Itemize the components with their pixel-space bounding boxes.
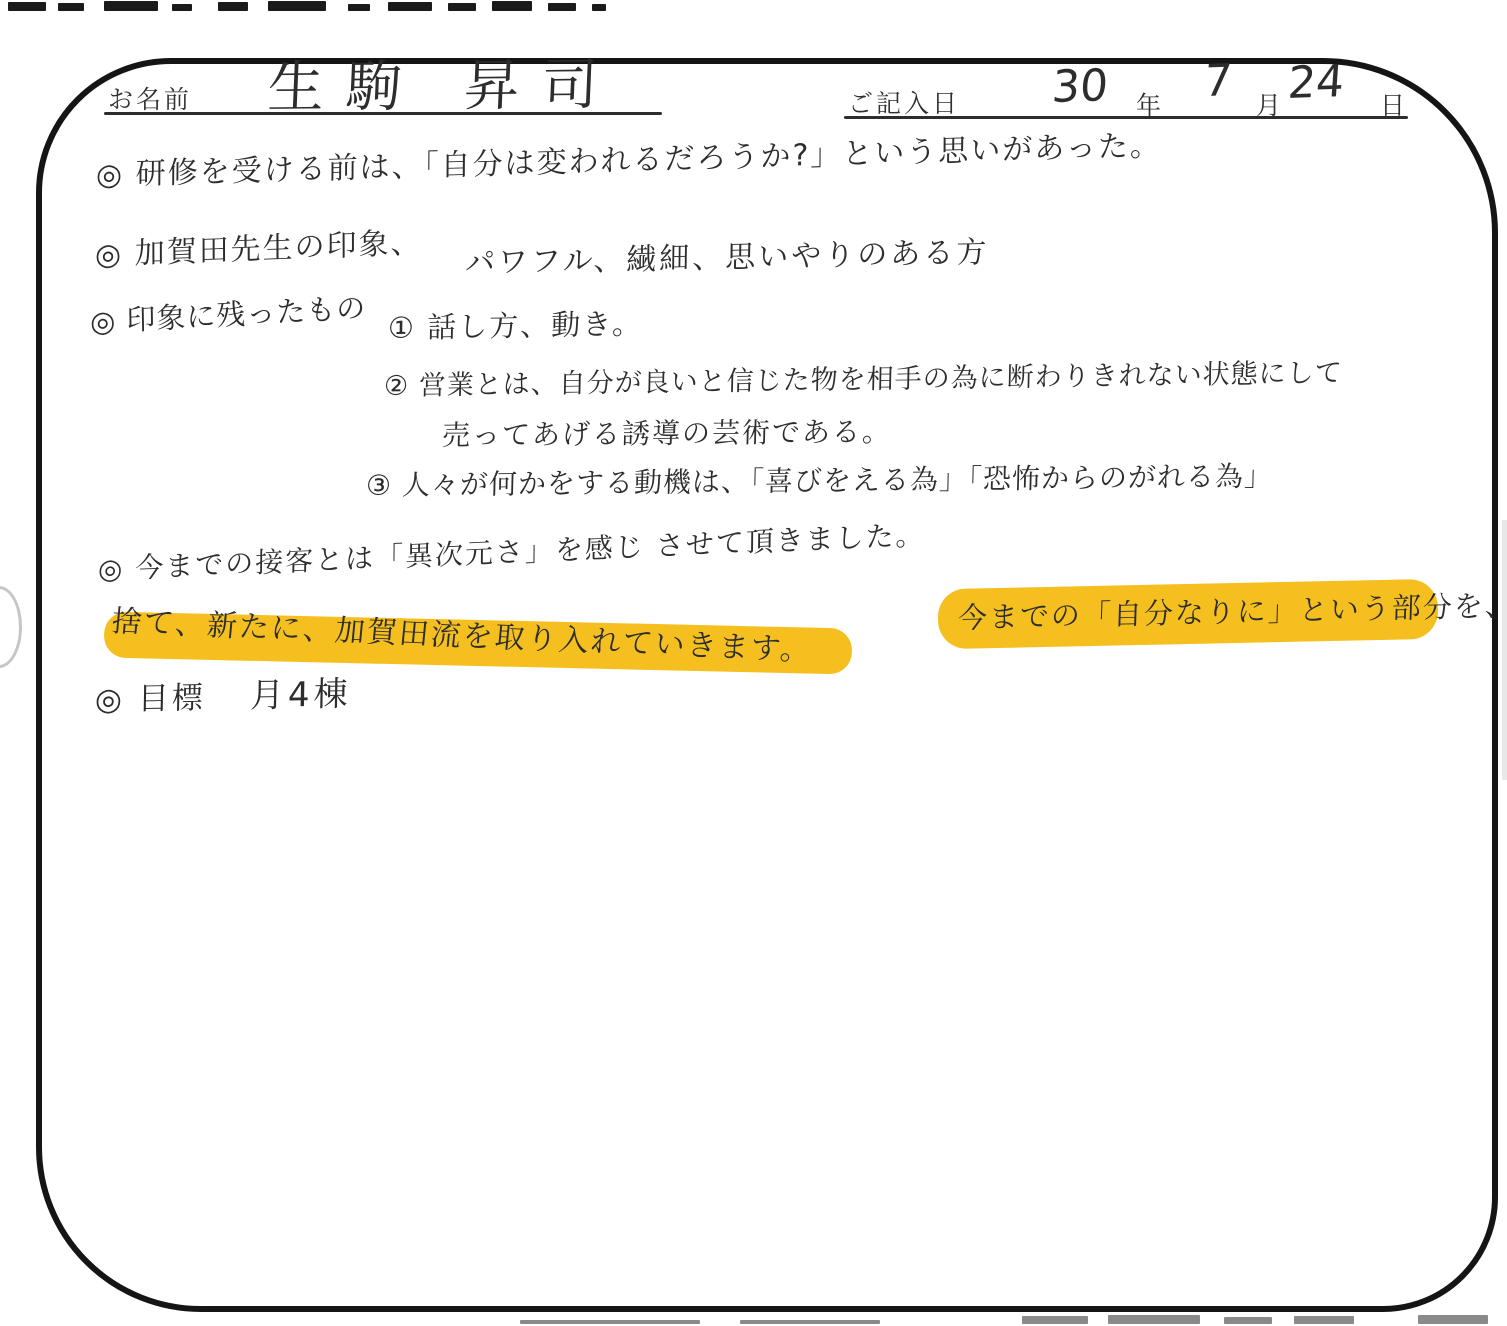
date-day-unit: 日	[1380, 86, 1408, 122]
date-month-value: 7	[1202, 55, 1234, 107]
name-value: 生駒 昇司	[266, 40, 621, 124]
date-day-value: 24	[1286, 56, 1346, 109]
item-1-number: ①	[388, 311, 417, 346]
item-1-text: 話し方、動き。	[427, 307, 643, 345]
item-2-number: ②	[384, 371, 410, 402]
bullet-icon: ◎	[98, 552, 125, 586]
date-year-unit: 年	[1136, 86, 1164, 122]
note-5-text: 月4棟	[250, 666, 352, 717]
date-month-unit: 月	[1256, 86, 1284, 122]
bullet-icon: ◎	[96, 157, 124, 193]
note-3-item-1: ① 話し方、動き。	[388, 302, 644, 347]
bullet-icon: ◎	[95, 681, 126, 718]
scan-edge-shade	[1502, 520, 1507, 780]
date-underline	[844, 116, 1408, 119]
name-label: お名前	[108, 80, 192, 116]
item-3-text: 人々が何かをする動機は、「喜びをえる為」「恐怖からのがれる為」	[402, 459, 1274, 501]
note-3-item-2-line-2: 売ってあげる誘導の芸術である。	[441, 410, 892, 454]
date-year-value: 30	[1050, 60, 1110, 113]
item-3-number: ③	[366, 469, 393, 502]
bullet-icon: ◎	[90, 304, 117, 339]
note-5-label-text: 目標	[138, 680, 207, 717]
bullet-icon: ◎	[95, 237, 123, 273]
punch-hole-shadow	[0, 586, 22, 668]
date-label: ご記入日	[848, 84, 960, 120]
note-5-label: ◎ 目標	[95, 672, 207, 719]
